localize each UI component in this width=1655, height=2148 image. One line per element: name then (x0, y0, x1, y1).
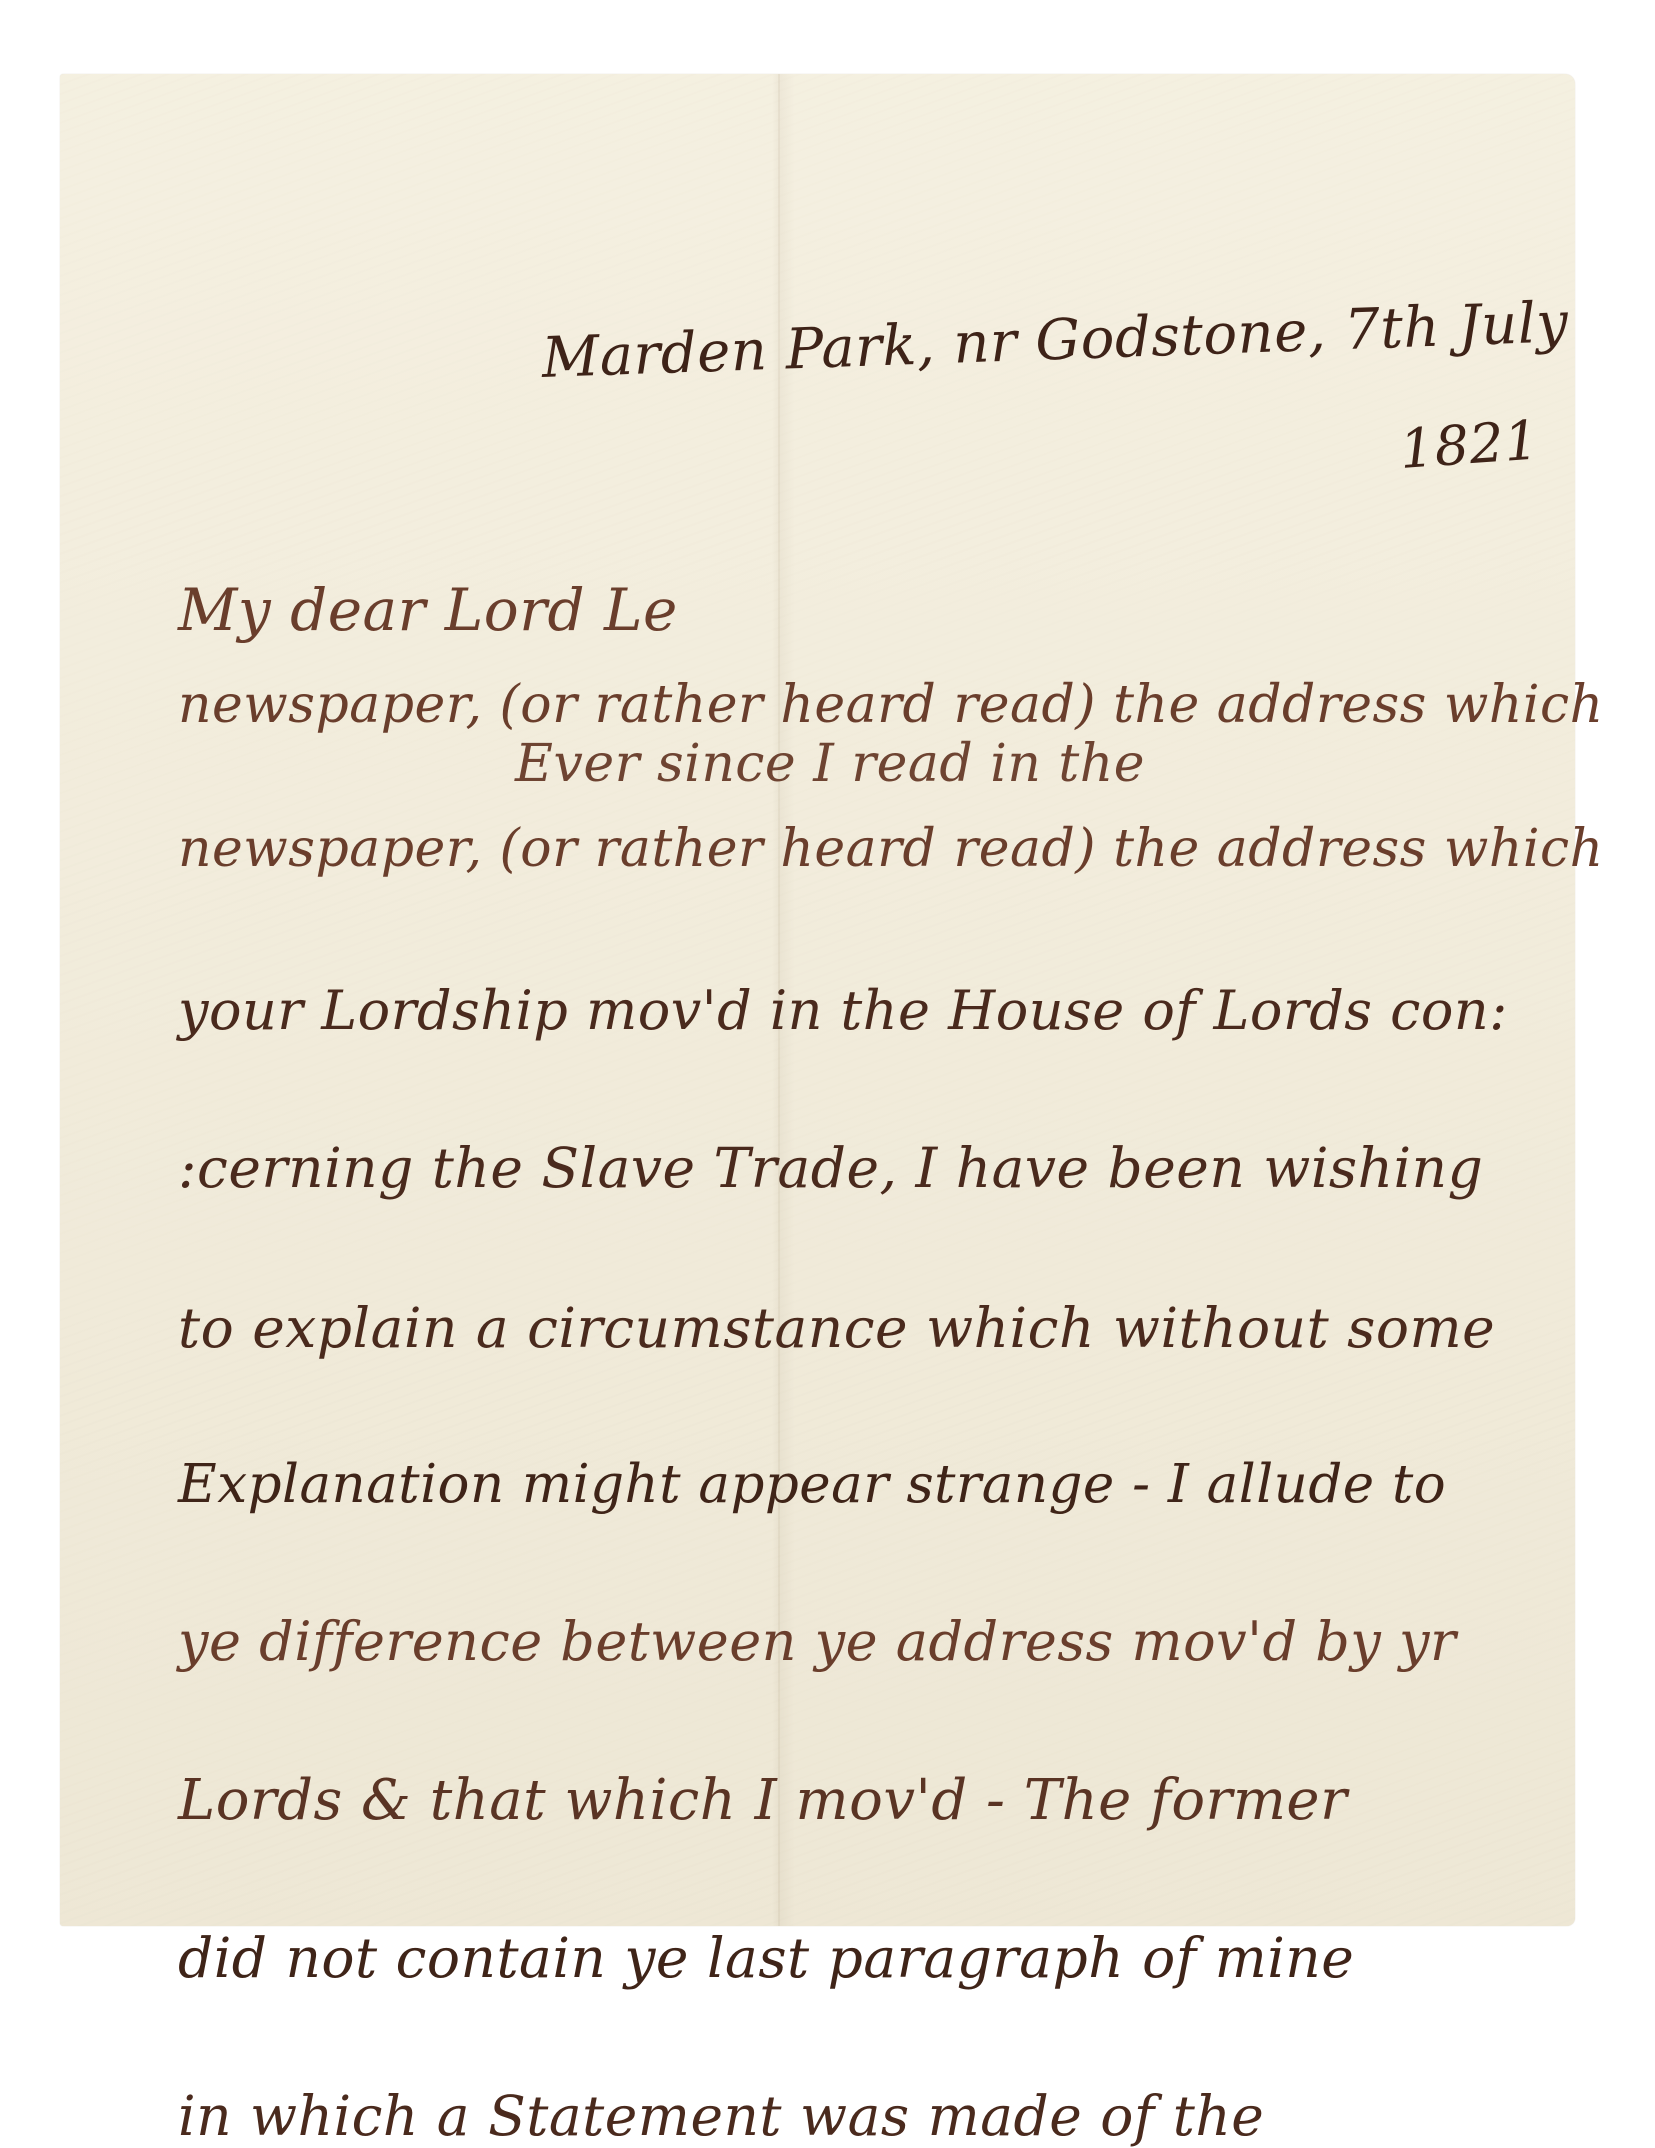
letter-body-line: to explain a circumstance which without … (178, 1296, 1618, 1360)
letter-header-year: 1821 (1398, 408, 1541, 481)
letter-body-line: did not contain ye last paragraph of min… (178, 1926, 1618, 1990)
letter-body-line: :cerning the Slave Trade, I have been wi… (178, 1136, 1618, 1200)
letter-body-line: newspaper, (or rather heard read) the ad… (178, 819, 1618, 879)
letter-body-line: Explanation might appear strange - I all… (178, 1454, 1618, 1515)
letter-sheet: Marden Park, nr Godstone, 7th July 1821 … (60, 74, 1575, 1926)
letter-body-line: your Lordship mov'd in the House of Lord… (178, 979, 1618, 1042)
letter-header-place-date: Marden Park, nr Godstone, 7th July (541, 290, 1570, 391)
letter-body-line: ye difference between ye address mov'd b… (178, 1610, 1618, 1673)
letter-salutation: My dear Lord Le (178, 576, 678, 644)
letter-body-line: Ever since I read in the (515, 734, 1145, 794)
letter-body-line: Lords & that which I mov'd - The former (178, 1768, 1618, 1833)
